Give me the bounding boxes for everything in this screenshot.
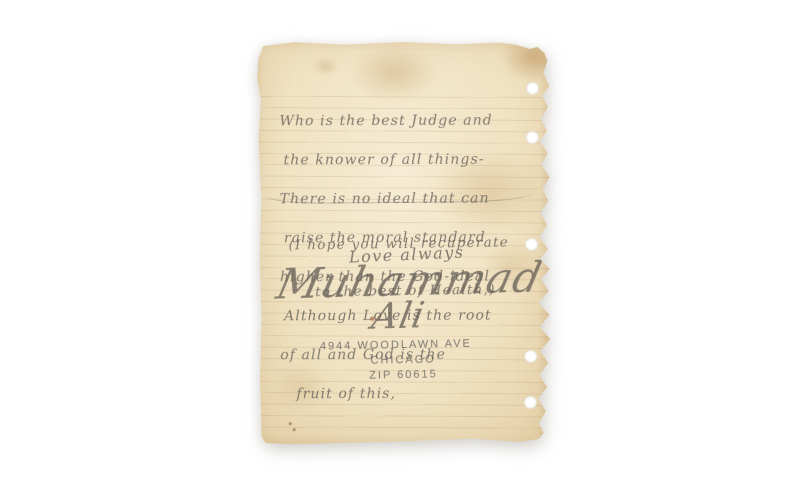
punch-hole	[525, 238, 538, 251]
photo-background: Who is the best Judge and the knower of …	[0, 0, 800, 500]
letter-line: Who is the best Judge and	[279, 115, 492, 129]
letter-page: Who is the best Judge and the knower of …	[252, 39, 556, 449]
address-block: 4944 WOODLAWN AVE CHICAGO ZIP 60615	[292, 336, 515, 385]
letter-page-wrapper: Who is the best Judge and the knower of …	[252, 39, 556, 449]
punch-hole	[526, 131, 539, 144]
punch-hole	[524, 396, 537, 409]
letter-line: fruit of this,	[296, 388, 493, 402]
speck	[293, 428, 296, 431]
signature-last-name: Ali	[369, 295, 429, 337]
letter-line: the knower of all things-	[284, 154, 493, 168]
stain	[312, 57, 338, 75]
stain	[502, 33, 564, 81]
punch-hole	[526, 82, 539, 95]
punch-hole	[524, 350, 537, 363]
